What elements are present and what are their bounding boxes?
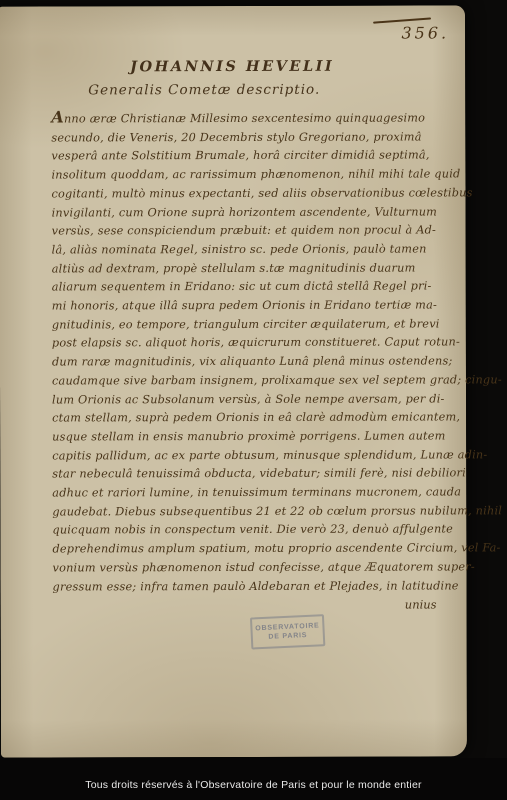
manuscript-body: Anno æræ Christianæ Millesimo sexcentesi… (51, 107, 452, 596)
manuscript-line: lum Orionis ac Subsolanum versùs, à Sole… (52, 390, 452, 410)
page-number: 356. (401, 23, 449, 42)
catchword: unius (405, 597, 437, 611)
manuscript-subtitle: Generalis Cometæ descriptio. (0, 82, 409, 99)
manuscript-line: insolitum quoddam, ac rarissimum phænome… (51, 166, 451, 186)
manuscript-line: vonium versùs phænomenon istud confeciss… (52, 558, 452, 578)
manuscript-line: versùs, sese conspiciendum præbuit: et q… (52, 222, 452, 242)
manuscript-line: altiùs ad dextram, propè stellulam s.tæ … (52, 259, 452, 279)
manuscript-page: 356. JOHANNIS HEVELII Generalis Cometæ d… (0, 5, 467, 757)
manuscript-line: Anno æræ Christianæ Millesimo sexcentesi… (51, 107, 451, 129)
manuscript-line: gressum esse; infra tamen paulò Aldebara… (53, 577, 453, 597)
scan-background: { "page": { "page_number": "356.", "foot… (0, 0, 507, 800)
manuscript-line: gnitudinis, eo tempore, triangulum circi… (52, 315, 452, 335)
manuscript-line: star nebeculâ tenuissimâ obducta, videba… (52, 465, 452, 485)
manuscript-line: caudamque sive barbam insignem, prolixam… (52, 371, 452, 391)
manuscript-line: secundo, die Veneris, 20 Decembris stylo… (51, 128, 451, 148)
manuscript-line: usque stellam in ensis manubrio proximè … (52, 427, 452, 447)
copyright-footer: Tous droits réservés à l'Observatoire de… (0, 758, 507, 800)
archive-stamp: OBSERVATOIRE DE PARIS (250, 614, 325, 649)
manuscript-line: ctam stellam, suprà pedem Orionis in eâ … (52, 409, 452, 429)
manuscript-line: deprehendimus amplum spatium, motu propr… (52, 540, 452, 560)
manuscript-line: dum raræ magnitudinis, vix aliquanto Lun… (52, 353, 452, 373)
manuscript-line: gaudebat. Diebus subsequentibus 21 et 22… (52, 502, 452, 522)
manuscript-title: JOHANNIS HEVELII (0, 57, 465, 75)
footer-notice: Tous droits réservés à l'Observatoire de… (0, 779, 507, 791)
manuscript-line: cogitanti, multò minus expectanti, sed a… (51, 184, 451, 204)
stamp-line-2: DE PARIS (268, 631, 307, 641)
manuscript-line: lâ, aliàs nominata Regel, sinistro sc. p… (52, 240, 452, 260)
manuscript-line: adhuc et rariori lumine, in tenuissimum … (52, 483, 452, 503)
manuscript-line: mi honoris, atque illâ supra pedem Orion… (52, 296, 452, 316)
manuscript-line: post elapsis sc. aliquot horis, æquicrur… (52, 334, 452, 354)
manuscript-line: capitis pallidum, ac ex parte obtusum, m… (52, 446, 452, 466)
manuscript-line: invigilanti, cum Orione suprà horizontem… (52, 203, 452, 223)
stamp-line-1: OBSERVATOIRE (255, 622, 320, 633)
manuscript-line: quicquam nobis in conspectum venit. Die … (52, 521, 452, 541)
manuscript-line: vesperâ ante Solstitium Brumale, horâ ci… (51, 147, 451, 167)
manuscript-line: aliarum sequentem in Eridano: sic ut cum… (52, 278, 452, 298)
